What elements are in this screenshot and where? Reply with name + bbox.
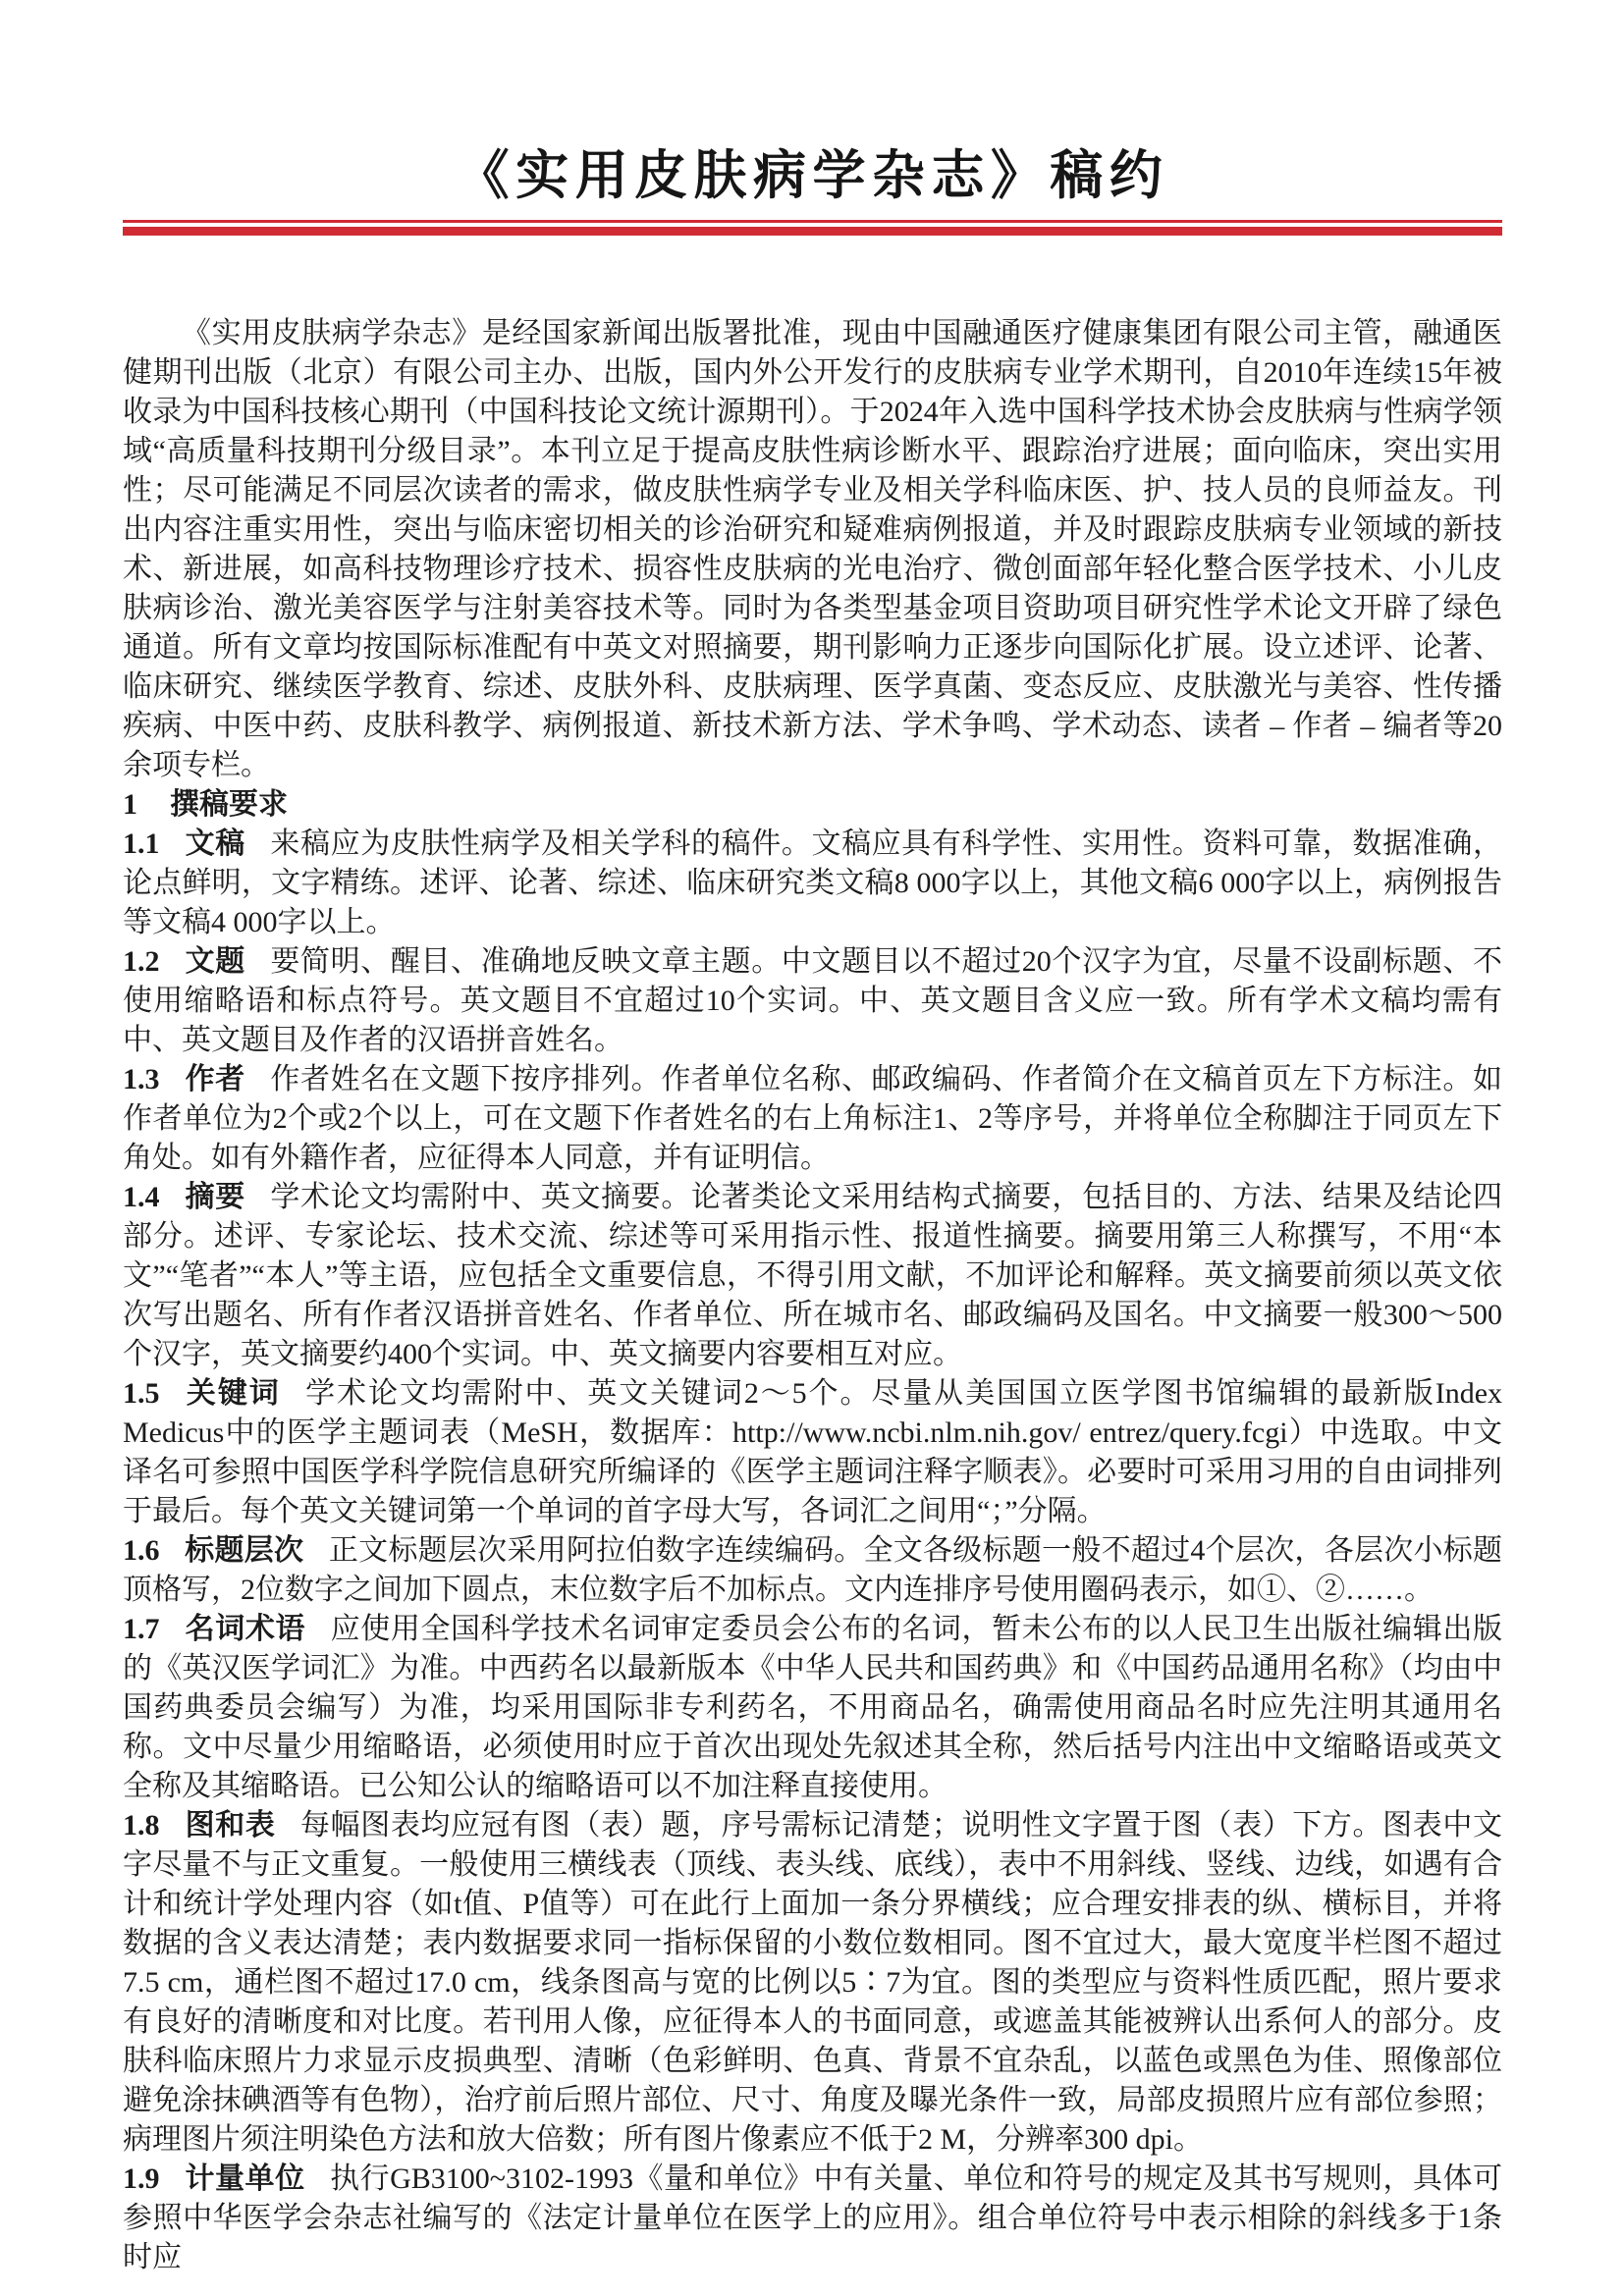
subsection-number: 1.5 xyxy=(123,1377,160,1410)
subsection-text: 作者姓名在文题下按序排列。作者单位名称、邮政编码、作者简介在文稿首页左下方标注。… xyxy=(123,1063,1502,1174)
subsection-term: 文题 xyxy=(185,945,245,978)
subsection-number: 1.8 xyxy=(123,1809,160,1842)
subsection-heading-levels: 1.6标题层次正文标题层次采用阿拉伯数字连续编码。全文各级标题一般不超过4个层次… xyxy=(123,1531,1502,1610)
subsection-abstract: 1.4摘要学术论文均需附中、英文摘要。论著类论文采用结构式摘要，包括目的、方法、… xyxy=(123,1178,1502,1374)
subsection-number: 1.1 xyxy=(123,828,160,860)
subsection-text: 来稿应为皮肤性病学及相关学科的稿件。文稿应具有科学性、实用性。资料可靠，数据准确… xyxy=(123,828,1502,938)
subsection-number: 1.4 xyxy=(123,1181,160,1213)
divider-thick-line xyxy=(123,227,1502,236)
subsection-article-title: 1.2文题要简明、醒目、准确地反映文章主题。中文题目以不超过20个汉字为宜，尽量… xyxy=(123,942,1502,1060)
section-heading-number: 1 xyxy=(123,788,137,821)
subsection-text: 每幅图表均应冠有图（表）题，序号需标记清楚；说明性文字置于图（表）下方。图表中文… xyxy=(123,1809,1502,2156)
subsection-number: 1.9 xyxy=(123,2163,160,2195)
subsection-text: 要简明、醒目、准确地反映文章主题。中文题目以不超过20个汉字为宜，尽量不设副标题… xyxy=(123,945,1502,1056)
subsection-text: 正文标题层次采用阿拉伯数字连续编码。全文各级标题一般不超过4个层次，各层次小标题… xyxy=(123,1534,1502,1606)
subsection-term: 图和表 xyxy=(185,1809,275,1842)
subsection-number: 1.6 xyxy=(123,1534,160,1567)
subsection-term: 标题层次 xyxy=(185,1534,303,1567)
subsection-measurement-units: 1.9计量单位执行GB3100~3102-1993《量和单位》中有关量、单位和符… xyxy=(123,2160,1502,2277)
subsection-number: 1.2 xyxy=(123,945,160,978)
subsection-text: 学术论文均需附中、英文关键词2～5个。尽量从美国国立医学图书馆编辑的最新版Ind… xyxy=(123,1377,1502,1527)
document-body: 《实用皮肤病学杂志》是经国家新闻出版署批准，现由中国融通医疗健康集团有限公司主管… xyxy=(123,314,1502,2277)
subsection-figures-tables: 1.8图和表每幅图表均应冠有图（表）题，序号需标记清楚；说明性文字置于图（表）下… xyxy=(123,1806,1502,2160)
subsection-authors: 1.3作者作者姓名在文题下按序排列。作者单位名称、邮政编码、作者简介在文稿首页左… xyxy=(123,1060,1502,1178)
subsection-term: 摘要 xyxy=(185,1181,245,1213)
subsection-term: 计量单位 xyxy=(185,2163,305,2195)
subsection-text: 学术论文均需附中、英文摘要。论著类论文采用结构式摘要，包括目的、方法、结果及结论… xyxy=(123,1181,1502,1370)
subsection-text: 应使用全国科学技术名词审定委员会公布的名词，暂未公布的以人民卫生出版社编辑出版的… xyxy=(123,1613,1502,1802)
title-divider xyxy=(123,220,1502,236)
page-title: 《实用皮肤病学杂志》稿约 xyxy=(123,145,1502,204)
section-heading: 1撰稿要求 xyxy=(123,785,1502,825)
divider-thin-line xyxy=(123,220,1502,223)
subsection-term: 作者 xyxy=(185,1063,245,1095)
subsection-keywords: 1.5关键词学术论文均需附中、英文关键词2～5个。尽量从美国国立医学图书馆编辑的… xyxy=(123,1374,1502,1531)
intro-paragraph: 《实用皮肤病学杂志》是经国家新闻出版署批准，现由中国融通医疗健康集团有限公司主管… xyxy=(123,314,1502,785)
subsection-number: 1.3 xyxy=(123,1063,160,1095)
subsection-terminology: 1.7名词术语应使用全国科学技术名词审定委员会公布的名词，暂未公布的以人民卫生出… xyxy=(123,1610,1502,1806)
subsection-term: 关键词 xyxy=(185,1377,281,1410)
subsection-term: 名词术语 xyxy=(185,1613,305,1645)
section-heading-title: 撰稿要求 xyxy=(170,788,288,821)
subsection-number: 1.7 xyxy=(123,1613,160,1645)
subsection-term: 文稿 xyxy=(185,828,245,860)
subsection-text: 执行GB3100~3102-1993《量和单位》中有关量、单位和符号的规定及其书… xyxy=(123,2163,1502,2273)
document-page: 《实用皮肤病学杂志》稿约 《实用皮肤病学杂志》是经国家新闻出版署批准，现由中国融… xyxy=(0,0,1624,2296)
subsection-manuscript: 1.1文稿来稿应为皮肤性病学及相关学科的稿件。文稿应具有科学性、实用性。资料可靠… xyxy=(123,825,1502,942)
